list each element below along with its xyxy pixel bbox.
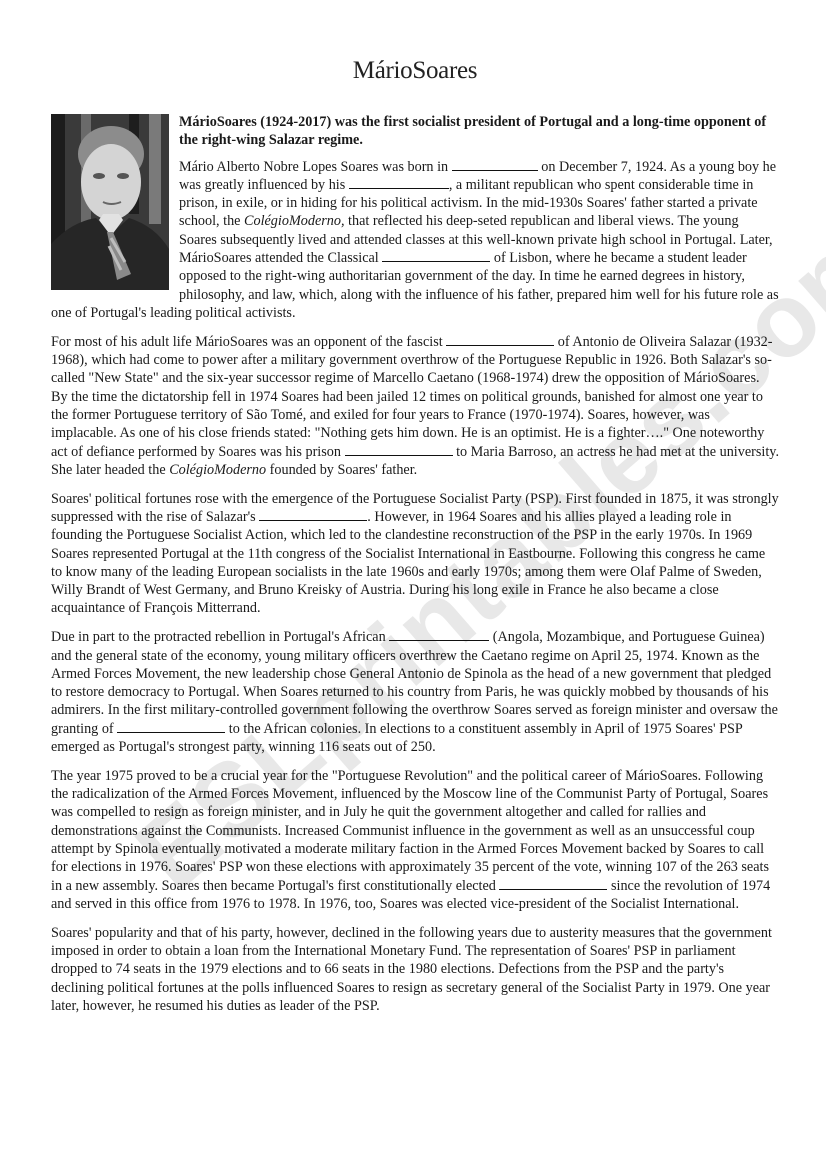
school-name-italic: ColégioModerno bbox=[169, 462, 266, 478]
fill-in-blank-8[interactable] bbox=[117, 720, 225, 733]
text-segment: The year 1975 proved to be a crucial yea… bbox=[51, 768, 769, 894]
fill-in-blank-2[interactable] bbox=[349, 176, 449, 189]
page-title: MárioSoares bbox=[51, 56, 779, 86]
fill-in-blank-5[interactable] bbox=[345, 443, 453, 456]
fill-in-blank-7[interactable] bbox=[389, 628, 489, 641]
paragraph-4: Due in part to the protracted rebellion … bbox=[51, 628, 779, 756]
text-segment: For most of his adult life MárioSoares w… bbox=[51, 334, 446, 350]
school-name-italic: ColégioModerno, bbox=[244, 213, 344, 229]
paragraph-6: Soares' popularity and that of his party… bbox=[51, 924, 779, 1015]
fill-in-blank-6[interactable] bbox=[259, 508, 367, 521]
text-segment: of Antonio de Oliveira Salazar (1932-196… bbox=[51, 334, 772, 460]
text-segment: . However, in 1964 Soares and his allies… bbox=[51, 509, 765, 616]
document-body: MárioSoares (1924-2017) was the first so… bbox=[51, 113, 779, 1015]
paragraph-2: For most of his adult life MárioSoares w… bbox=[51, 333, 779, 479]
text-segment: Mário Alberto Nobre Lopes Soares was bor… bbox=[179, 159, 452, 175]
portrait-photo bbox=[51, 114, 169, 290]
paragraph-3: Soares' political fortunes rose with the… bbox=[51, 490, 779, 618]
portrait-image-icon bbox=[51, 114, 169, 290]
text-segment: Soares' popularity and that of his party… bbox=[51, 925, 772, 1014]
fill-in-blank-4[interactable] bbox=[446, 333, 554, 346]
paragraph-5: The year 1975 proved to be a crucial yea… bbox=[51, 767, 779, 913]
fill-in-blank-3[interactable] bbox=[382, 249, 490, 262]
document-page: MárioSoares MárioSoares (1924-20 bbox=[51, 0, 779, 1026]
fill-in-blank-9[interactable] bbox=[499, 877, 607, 890]
fill-in-blank-1[interactable] bbox=[452, 158, 538, 171]
text-segment: founded by Soares' father. bbox=[266, 462, 417, 478]
text-segment: Due in part to the protracted rebellion … bbox=[51, 629, 389, 645]
